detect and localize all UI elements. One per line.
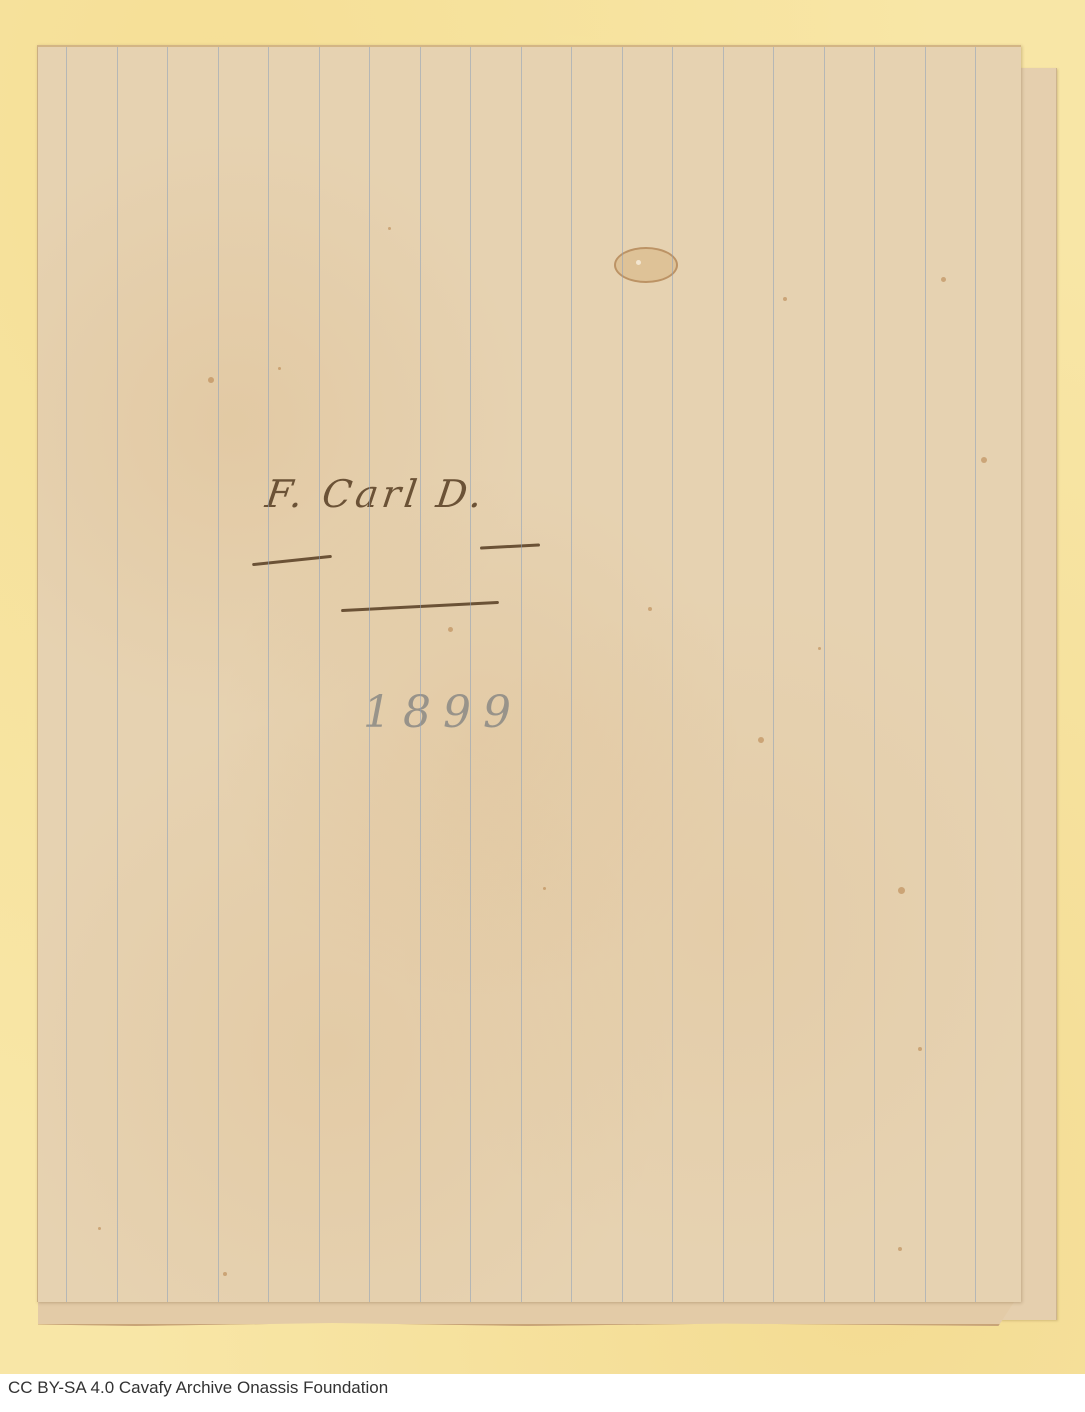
ruled-line (975, 47, 976, 1302)
foxing-spot (898, 887, 905, 894)
ruled-line (925, 47, 926, 1302)
foxing-spot (758, 737, 764, 743)
foxing-spot (981, 457, 987, 463)
manuscript-sheet: F. Carl D. 1899 (37, 45, 1021, 1302)
foxing-spot (448, 627, 453, 632)
foxing-spot (543, 887, 546, 890)
pencil-year-annotation: 1899 (363, 687, 523, 738)
ruled-line (773, 47, 774, 1302)
ruled-line (268, 47, 269, 1302)
ruled-line (369, 47, 370, 1302)
foxing-spot (208, 377, 214, 383)
water-stain (614, 247, 678, 283)
ruled-line (824, 47, 825, 1302)
title-underline-right (480, 543, 540, 549)
ruled-line (420, 47, 421, 1302)
foxing-spot (223, 1272, 227, 1276)
ruled-line (167, 47, 168, 1302)
foxing-spot (648, 607, 652, 611)
ruled-line (874, 47, 875, 1302)
foxing-spot (98, 1227, 101, 1230)
ruled-line (319, 47, 320, 1302)
ruled-line (66, 47, 67, 1302)
foxing-spot (918, 1047, 922, 1051)
foxing-spot (388, 227, 391, 230)
ruled-line (521, 47, 522, 1302)
ruled-line (622, 47, 623, 1302)
ruled-line (672, 47, 673, 1302)
ruled-line (723, 47, 724, 1302)
foxing-spot (783, 297, 787, 301)
foxing-spot (278, 367, 281, 370)
license-credit: CC BY-SA 4.0 Cavafy Archive Onassis Foun… (8, 1378, 388, 1398)
handwritten-title: F. Carl D. (263, 472, 489, 516)
ruled-line (117, 47, 118, 1302)
foxing-spot (818, 647, 821, 650)
ruled-line (571, 47, 572, 1302)
foxing-spot (898, 1247, 902, 1251)
foxing-spot (941, 277, 946, 282)
ruled-line (470, 47, 471, 1302)
ruled-line (218, 47, 219, 1302)
